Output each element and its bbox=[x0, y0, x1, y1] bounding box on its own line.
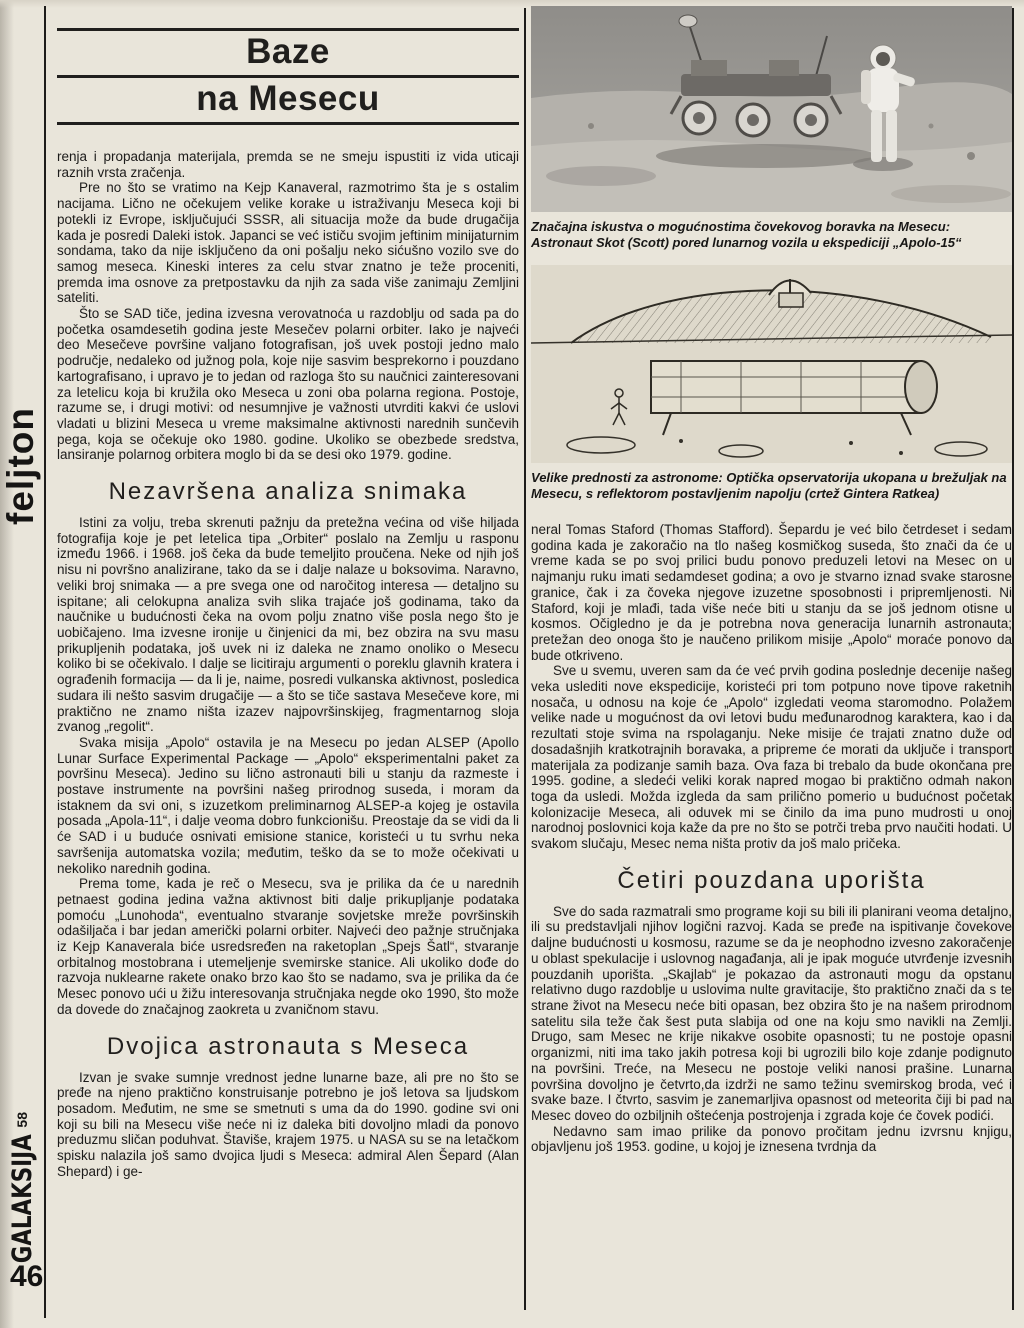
drawing-caption: Velike prednosti za astronome: Optička o… bbox=[531, 470, 1012, 502]
observatory-drawing bbox=[531, 265, 1012, 463]
right-text-block: neral Tomas Staford (Thomas Stafford). Š… bbox=[531, 522, 1012, 1155]
section-heading-astronauts: Dvojica astronauta s Meseca bbox=[57, 1033, 519, 1061]
paragraph: Što se SAD tiče, jedina izvesna verovatn… bbox=[57, 306, 519, 463]
article-title-line2: na Mesecu bbox=[57, 78, 519, 122]
issue-number: 58 bbox=[14, 1112, 30, 1128]
section-astronauts-text-block: Izvan je svake sumnje vrednost jedne lun… bbox=[57, 1070, 519, 1180]
page-number: 46 bbox=[10, 1260, 43, 1294]
lunar-rover-photo bbox=[531, 6, 1012, 212]
paragraph: Izvan je svake sumnje vrednost jedne lun… bbox=[57, 1070, 519, 1180]
paragraph: Pre no što se vratimo na Kejp Kanaveral,… bbox=[57, 180, 519, 306]
sidebar-divider-rule bbox=[44, 6, 46, 1318]
left-column: Baze na Mesecu renja i propadanja materi… bbox=[57, 28, 519, 1320]
right-column: Značajna iskustva o mogućnostima čovekov… bbox=[531, 6, 1012, 1320]
magazine-logo-vertical: GALAKSIJA 58 bbox=[7, 1093, 37, 1281]
title-rule-bottom bbox=[57, 122, 519, 125]
paragraph: Sve do sada razmatrali smo programe koji… bbox=[531, 904, 1012, 1124]
paragraph: Prema tome, kada je reč o Mesecu, sva je… bbox=[57, 876, 519, 1017]
paragraph: Sve u svemu, uveren sam da će već prvih … bbox=[531, 663, 1012, 851]
paragraph: renja i propadanja materijala, premda se… bbox=[57, 149, 519, 180]
right-border-rule bbox=[1012, 8, 1014, 1310]
paragraph: neral Tomas Staford (Thomas Stafford). Š… bbox=[531, 522, 1012, 663]
section-heading-analysis: Nezavršena analiza snimaka bbox=[57, 478, 519, 506]
article-title-line1: Baze bbox=[57, 31, 519, 75]
paragraph: Nedavno sam imao prilike da ponovo proči… bbox=[531, 1124, 1012, 1155]
observatory-drawing-art bbox=[531, 265, 1012, 463]
section-label-vertical: feljton bbox=[0, 336, 40, 596]
section-heading-strongholds: Četiri pouzdana uporišta bbox=[531, 867, 1012, 895]
lunar-rover-photo-art bbox=[531, 6, 1012, 212]
section-analysis-text-block: Istini za volju, treba skrenuti pažnju d… bbox=[57, 515, 519, 1018]
column-divider-rule bbox=[524, 8, 526, 1310]
paragraph: Svaka misija „Apolo“ ostavila je na Mese… bbox=[57, 735, 519, 876]
magazine-name: GALAKSIJA bbox=[7, 1134, 37, 1263]
paragraph: Istini za volju, treba skrenuti pažnju d… bbox=[57, 515, 519, 735]
photo-caption: Značajna iskustva o mogućnostima čovekov… bbox=[531, 219, 1012, 251]
intro-text-block: renja i propadanja materijala, premda se… bbox=[57, 149, 519, 463]
